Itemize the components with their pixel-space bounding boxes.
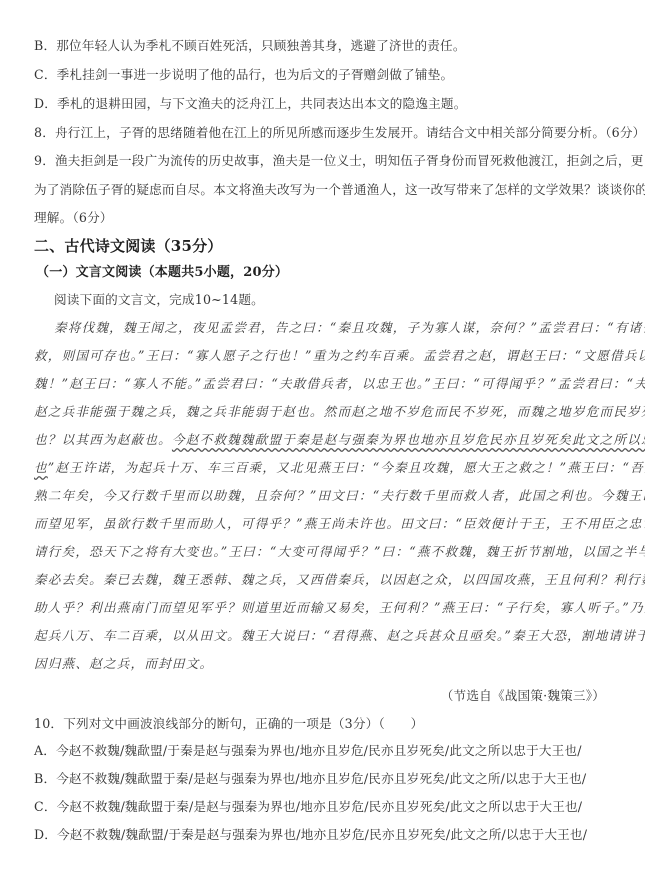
question-10-option-c: C．今赵不救魏/魏歃盟于秦/是赵与强秦为界也/地亦且岁危/民亦且岁死矣/此文之所…	[34, 799, 582, 815]
section-heading: 二、古代诗文阅读（35分）	[34, 238, 222, 254]
question-10-option-b: B．今赵不救魏/魏歃盟于秦/是赵与强秦为界也/地亦且岁危/民亦且岁死矣/此文之所…	[34, 771, 586, 787]
question-8: 8．舟行江上，子胥的思绪随着他在江上的所见所感而逐步生发展开。请结合文中相关部分…	[34, 125, 645, 141]
passage-line-4: 赵之兵非能强于魏之兵，魏之兵非能弱于赵也。然而赵之地不岁危而民不岁死，而魏之地岁…	[34, 404, 645, 420]
question-10-stem: 10．下列对文中画波浪线部分的断句，正确的一项是（3分）（ ）	[34, 716, 423, 732]
wavy-underlined-text: 今赵不救魏魏歃盟于秦是赵与强秦为界也地亦且岁危民亦且岁死矣此文之所以忠于大王	[172, 432, 645, 447]
question-10-option-a: A．今赵不救魏/魏歃盟/于秦是赵与强秦为界也/地亦且岁危/民亦且岁死矣/此文之所…	[34, 743, 582, 759]
subsection-heading: （一）文言文阅读（本题共5小题，20分）	[36, 265, 288, 281]
passage-line-9: 请行矣，恐天下之将有大变也。”王曰：“大变可得闻乎？”曰：“燕不救魏，魏王折节割…	[34, 544, 645, 560]
question-9-line-3: 理解。（6分）	[34, 210, 113, 226]
passage-source: （节选自《战国策·魏策三》）	[441, 688, 605, 704]
exam-page: B．那位年轻人认为季札不顾百姓死活，只顾独善其身，逃避了济世的责任。 C．季札挂…	[0, 0, 645, 869]
q7-option-c: C．季札挂剑一事进一步说明了他的品行，也为后文的子胥赠剑做了铺垫。	[34, 67, 453, 83]
q7-option-b: B．那位年轻人认为季札不顾百姓死活，只顾独善其身，逃避了济世的责任。	[34, 38, 466, 54]
passage-line-12: 起兵八万、车二百乘，以从田文。魏王大说曰：“君得燕、赵之兵甚众且亟矣。”秦王大恐…	[34, 628, 645, 644]
passage-line-3: 魏！”赵王曰：“寡人不能。”孟尝君曰：“夫敢借兵者，以忠王也。”王曰：“可得闻乎…	[34, 376, 645, 392]
passage-text: ”赵王许诺，为起兵十万、车三百乘，又北见燕王曰：“今秦且攻魏，愿大王之救之！”燕…	[48, 460, 645, 475]
passage-line-8: 而望见军，虽欲行数千里而助人，可得乎？”燕王尚未许也。田文曰：“臣效便计于王，王…	[34, 516, 645, 532]
passage-line-11: 助人乎？利出燕南门而望见军乎？则道里近而输又易矣，王何利？”燕王曰：“子行矣，寡…	[34, 600, 645, 616]
question-10-option-d: D．今赵不救魏/魏歃盟/于秦是赵与强秦为界也/地亦且岁危/民亦且岁死矣/此文之所…	[34, 827, 587, 843]
passage-line-13: 因归燕、赵之兵，而封田文。	[34, 656, 213, 672]
passage-text: 也？以其西为赵蔽也。	[34, 432, 172, 447]
passage-line-10: 秦必去矣。秦已去魏，魏王悉韩、魏之兵，又西借秦兵，以因赵之众，以四国攻燕，王且何…	[34, 572, 645, 588]
question-9-line-1: 9．渔夫拒剑是一段广为流传的历史故事，渔夫是一位义士，明知伍子胥身份而冒死救他渡…	[34, 153, 644, 169]
wavy-underlined-text-end: 也	[34, 460, 48, 475]
passage-line-1: 秦将伐魏，魏王闻之，夜见孟尝君，告之曰：“秦且攻魏，子为寡人谋，奈何？”孟尝君曰…	[54, 320, 645, 336]
question-9-line-2: 为了消除伍子胥的疑虑而自尽。本文将渔夫改写为一个普通渔人，这一改写带来了怎样的文…	[34, 182, 645, 198]
passage-line-2: 救，则国可存也。”王曰：“寡人愿子之行也！”重为之约车百乘。孟尝君之赵，谓赵王曰…	[34, 348, 645, 364]
passage-line-6: 也”赵王许诺，为起兵十万、车三百乘，又北见燕王曰：“今秦且攻魏，愿大王之救之！”…	[34, 460, 645, 476]
q7-option-d: D．季札的退耕田园，与下文渔夫的泛舟江上，共同表达出本文的隐逸主题。	[34, 96, 467, 112]
reading-instruction: 阅读下面的文言文，完成10~14题。	[54, 292, 264, 308]
passage-line-7: 熟二年矣，今又行数千里而以助魏，且奈何？”田文曰：“夫行数千里而救人者，此国之利…	[34, 488, 645, 504]
passage-line-5: 也？以其西为赵蔽也。今赵不救魏魏歃盟于秦是赵与强秦为界也地亦且岁危民亦且岁死矣此…	[34, 432, 645, 448]
